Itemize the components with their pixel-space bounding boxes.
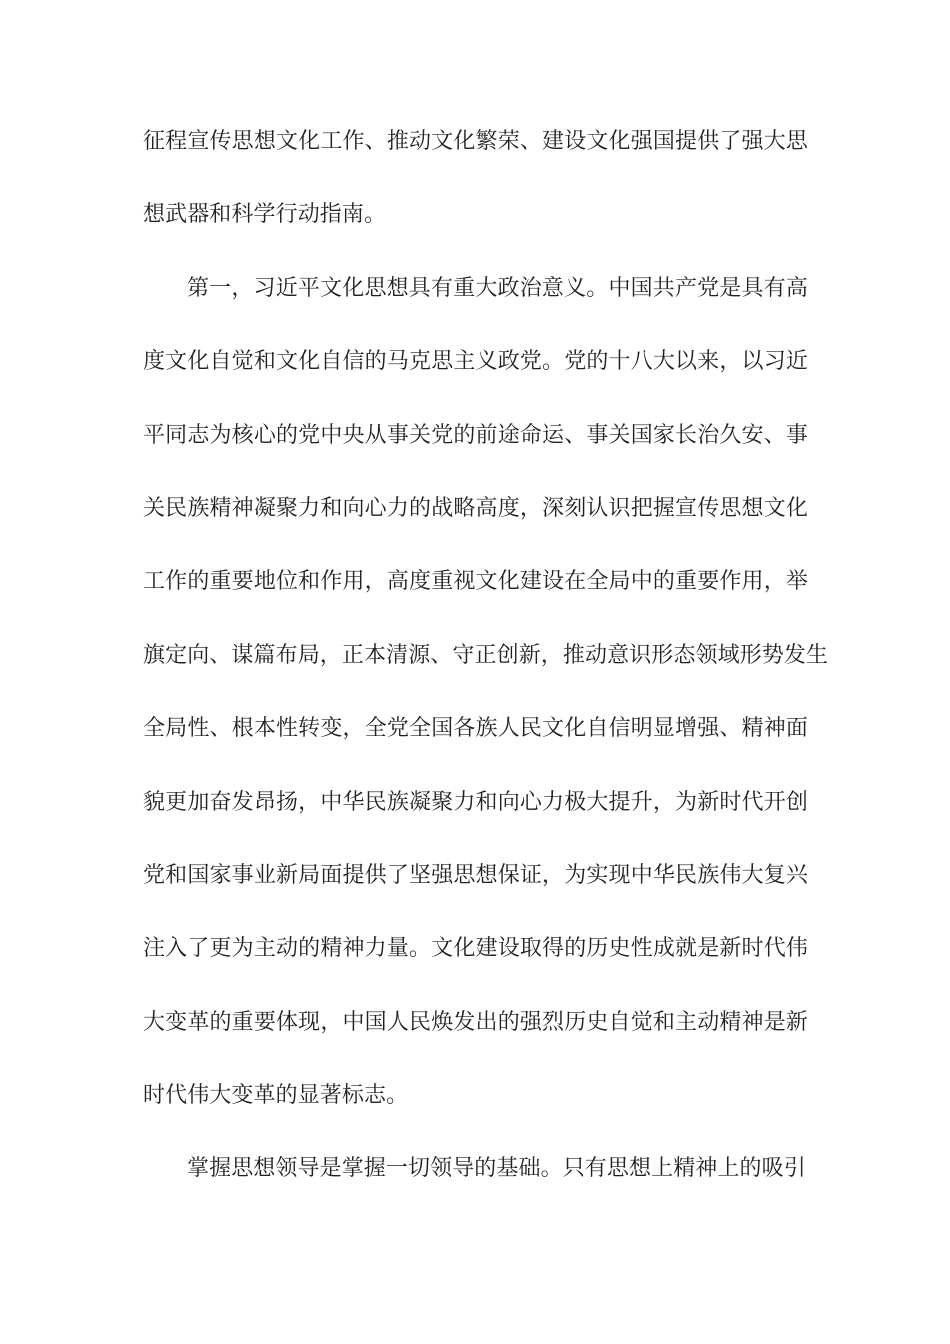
paragraph: 征程宣传思想文化工作、推动文化繁荣、建设文化强国提供了强大思 想武器和科学行动指… xyxy=(143,104,808,251)
text-line: 工作的重要地位和作用，高度重视文化建设在全局中的重要作用，举 xyxy=(143,544,808,617)
text-line: 关民族精神凝聚力和向心力的战略高度，深刻认识把握宣传思想文化 xyxy=(143,471,808,544)
text-line: 平同志为核心的党中央从事关党的前途命运、事关国家长治久安、事 xyxy=(143,398,808,471)
text-line: 想武器和科学行动指南。 xyxy=(143,177,808,250)
text-line: 貌更加奋发昂扬，中华民族凝聚力和向心力极大提升，为新时代开创 xyxy=(143,765,808,838)
document-body: 征程宣传思想文化工作、推动文化繁荣、建设文化强国提供了强大思 想武器和科学行动指… xyxy=(143,104,808,1205)
document-page: 征程宣传思想文化工作、推动文化繁荣、建设文化强国提供了强大思 想武器和科学行动指… xyxy=(0,0,950,1344)
text-line: 全局性、根本性转变，全党全国各族人民文化自信明显增强、精神面 xyxy=(143,691,808,764)
paragraph: 掌握思想领导是掌握一切领导的基础。只有思想上精神上的吸引 xyxy=(143,1131,808,1204)
text-line: 掌握思想领导是掌握一切领导的基础。只有思想上精神上的吸引 xyxy=(143,1131,808,1204)
text-line: 征程宣传思想文化工作、推动文化繁荣、建设文化强国提供了强大思 xyxy=(143,104,808,177)
text-line: 时代伟大变革的显著标志。 xyxy=(143,1058,808,1131)
text-line: 党和国家事业新局面提供了坚强思想保证，为实现中华民族伟大复兴 xyxy=(143,838,808,911)
text-line: 度文化自觉和文化自信的马克思主义政党。党的十八大以来，以习近 xyxy=(143,324,808,397)
paragraph: 第一，习近平文化思想具有重大政治意义。中国共产党是具有高 度文化自觉和文化自信的… xyxy=(143,251,808,1132)
text-line: 注入了更为主动的精神力量。文化建设取得的历史性成就是新时代伟 xyxy=(143,911,808,984)
text-line: 旗定向、谋篇布局，正本清源、守正创新，推动意识形态领域形势发生 xyxy=(143,618,808,691)
text-line: 大变革的重要体现，中国人民焕发出的强烈历史自觉和主动精神是新 xyxy=(143,985,808,1058)
text-line: 第一，习近平文化思想具有重大政治意义。中国共产党是具有高 xyxy=(143,251,808,324)
